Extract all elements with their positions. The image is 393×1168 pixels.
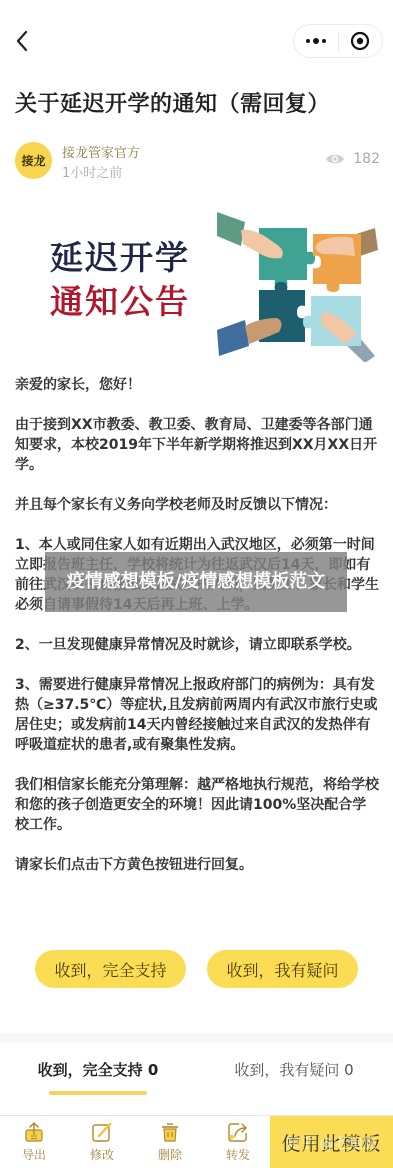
- share-button[interactable]: 转发: [204, 1116, 272, 1168]
- banner-line-1: 延迟开学: [50, 236, 190, 280]
- reply-tabs: 收到，完全支持 0 收到，我有疑问 0: [0, 1043, 393, 1095]
- banner-line-2: 通知公告: [50, 280, 190, 324]
- share-label: 转发: [226, 1146, 250, 1163]
- paragraph-duty: 并且每个家长有义务向学校老师及时反馈以下情况：: [15, 495, 380, 515]
- share-icon: [227, 1121, 249, 1143]
- back-button[interactable]: [12, 28, 32, 54]
- export-button[interactable]: 导出: [0, 1116, 68, 1168]
- view-count: 182: [325, 151, 380, 167]
- paragraph-notice: 由于接到XX市教委、教卫委、教育局、卫建委等各部门通知要求，本校2019年下半年…: [15, 415, 380, 475]
- article-body: 亲爱的家长，您好！ 由于接到XX市教委、教卫委、教育局、卫建委等各部门通知要求，…: [15, 375, 380, 895]
- caption-overlay: 疫情感想模板/疫情感想模板范文: [45, 552, 347, 612]
- view-count-value: 182: [353, 151, 380, 167]
- section-divider: [0, 1033, 393, 1043]
- reply-have-question-button[interactable]: 收到，我有疑问: [207, 950, 358, 988]
- paragraph-item-3: 3、需要进行健康异常情况上报政府部门的病例为：具有发热（≥37.5℃）等症状,且…: [15, 675, 380, 755]
- more-button[interactable]: [294, 25, 338, 57]
- export-icon: [23, 1121, 45, 1143]
- trash-icon: [159, 1121, 181, 1143]
- avatar[interactable]: 接龙: [15, 142, 52, 179]
- bottom-toolbar: 导出 修改 删除 转发 使用此模板 知乎 @老炮旅: [0, 1115, 393, 1168]
- more-dots-icon: [305, 37, 327, 45]
- close-button[interactable]: [339, 25, 383, 57]
- export-label: 导出: [22, 1146, 46, 1163]
- reply-buttons: 收到，完全支持 收到，我有疑问: [0, 950, 393, 988]
- use-template-button[interactable]: 使用此模板 知乎 @老炮旅: [270, 1116, 393, 1168]
- reply-full-support-button[interactable]: 收到，完全支持: [35, 950, 186, 988]
- page-title: 关于延迟开学的通知（需回复）: [15, 87, 385, 118]
- top-nav-bar: [0, 0, 393, 80]
- tab-full-support[interactable]: 收到，完全支持 0: [0, 1043, 196, 1095]
- paragraph-instruction: 请家长们点击下方黄色按钮进行回复。: [15, 855, 380, 875]
- eye-icon: [325, 152, 345, 166]
- paragraph-item-2: 2、一旦发现健康异常情况及时就诊，请立即联系学校。: [15, 635, 380, 655]
- banner-image: 延迟开学 通知公告: [15, 200, 378, 362]
- edit-button[interactable]: 修改: [68, 1116, 136, 1168]
- mini-program-capsule: [293, 24, 383, 58]
- author-name[interactable]: 接龙管家官方: [62, 142, 140, 161]
- post-time: 1小时之前: [62, 162, 122, 181]
- tab-label: 收到，完全支持 0: [38, 1059, 159, 1080]
- paragraph-trust: 我们相信家长能充分第理解：越严格地执行规范，将给学校和您的孩子创造更安全的环境！…: [15, 775, 380, 835]
- banner-text: 延迟开学 通知公告: [50, 236, 190, 324]
- delete-button[interactable]: 删除: [136, 1116, 204, 1168]
- edit-icon: [91, 1121, 113, 1143]
- chevron-left-icon: [15, 30, 29, 52]
- paragraph-greeting: 亲爱的家长，您好！: [15, 375, 380, 395]
- watermark: 知乎 @老炮旅: [270, 1133, 393, 1153]
- tab-have-question[interactable]: 收到，我有疑问 0: [196, 1043, 392, 1095]
- puzzle-hands-illustration: [215, 200, 378, 362]
- author-row: 接龙 接龙管家官方 1小时之前 182: [15, 142, 380, 182]
- tab-label: 收到，我有疑问 0: [234, 1059, 353, 1080]
- active-tab-indicator: [49, 1091, 147, 1095]
- target-circle-icon: [350, 31, 370, 51]
- edit-label: 修改: [90, 1146, 114, 1163]
- delete-label: 删除: [158, 1146, 182, 1163]
